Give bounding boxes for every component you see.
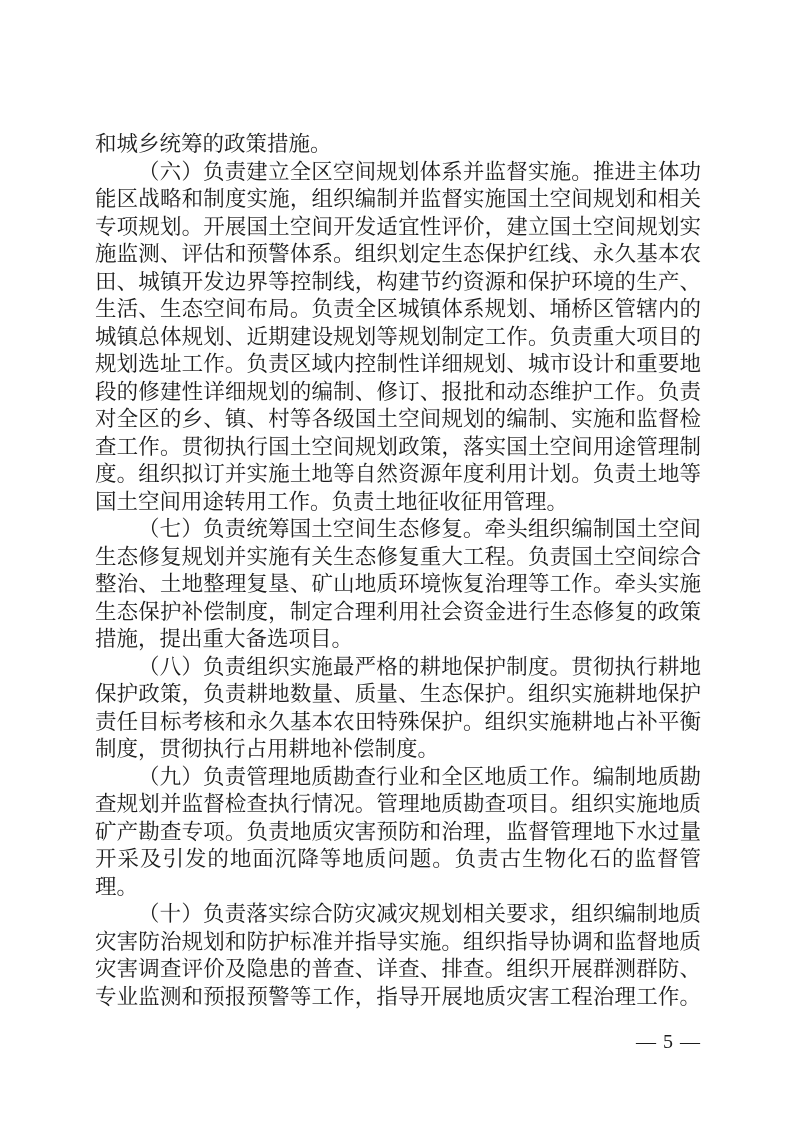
text-line: （十）负责落实综合防灾减灾规划相关要求，组织编制地质: [95, 901, 701, 929]
text-line: （七）负责统筹国土空间生态修复。牵头组织编制国土空间: [95, 516, 701, 544]
text-line: （八）负责组织实施最严格的耕地保护制度。贯彻执行耕地: [95, 654, 701, 682]
text-line: 和城乡统筹的政策措施。: [95, 131, 701, 159]
text-line: 国土空间用途转用工作。负责土地征收征用管理。: [95, 489, 701, 517]
text-line: 规划选址工作。负责区域内控制性详细规划、城市设计和重要地: [95, 351, 701, 379]
text-line: 制度，贯彻执行占用耕地补偿制度。: [95, 736, 701, 764]
text-line: 理。: [95, 874, 701, 902]
text-line: 度。组织拟订并实施土地等自然资源年度利用计划。负责土地等: [95, 461, 701, 489]
text-line: 生活、生态空间布局。负责全区城镇体系规划、埇桥区管辖内的: [95, 296, 701, 324]
text-line: 能区战略和制度实施，组织编制并监督实施国土空间规划和相关: [95, 186, 701, 214]
text-line: 专项规划。开展国土空间开发适宜性评价，建立国土空间规划实: [95, 214, 701, 242]
text-line: 查工作。贯彻执行国土空间规划政策，落实国土空间用途管理制: [95, 434, 701, 462]
text-line: 生态保护补偿制度，制定合理利用社会资金进行生态修复的政策: [95, 599, 701, 627]
text-line: 城镇总体规划、近期建设规划等规划制定工作。负责重大项目的: [95, 324, 701, 352]
text-line: 查规划并监督检查执行情况。管理地质勘查项目。组织实施地质: [95, 791, 701, 819]
text-line: 对全区的乡、镇、村等各级国土空间规划的编制、实施和监督检: [95, 406, 701, 434]
text-line: （六）负责建立全区空间规划体系并监督实施。推进主体功: [95, 159, 701, 187]
text-line: 措施，提出重大备选项目。: [95, 626, 701, 654]
text-line: 责任目标考核和永久基本农田特殊保护。组织实施耕地占补平衡: [95, 709, 701, 737]
text-line: 保护政策，负责耕地数量、质量、生态保护。组织实施耕地保护: [95, 681, 701, 709]
text-line: （九）负责管理地质勘查行业和全区地质工作。编制地质勘: [95, 764, 701, 792]
text-line: 施监测、评估和预警体系。组织划定生态保护红线、永久基本农: [95, 241, 701, 269]
text-line: 开采及引发的地面沉降等地质问题。负责古生物化石的监督管: [95, 846, 701, 874]
text-line: 田、城镇开发边界等控制线，构建节约资源和保护环境的生产、: [95, 269, 701, 297]
text-line: 生态修复规划并实施有关生态修复重大工程。负责国土空间综合: [95, 544, 701, 572]
page-number: — 5 —: [636, 1029, 701, 1055]
text-line: 矿产勘查专项。负责地质灾害预防和治理，监督管理地下水过量: [95, 819, 701, 847]
document-body: 和城乡统筹的政策措施。（六）负责建立全区空间规划体系并监督实施。推进主体功能区战…: [95, 131, 701, 1011]
document-page: 和城乡统筹的政策措施。（六）负责建立全区空间规划体系并监督实施。推进主体功能区战…: [0, 0, 793, 1122]
text-line: 灾害调查评价及隐患的普查、详查、排查。组织开展群测群防、: [95, 956, 701, 984]
text-line: 专业监测和预报预警等工作，指导开展地质灾害工程治理工作。: [95, 984, 701, 1012]
text-line: 整治、土地整理复垦、矿山地质环境恢复治理等工作。牵头实施: [95, 571, 701, 599]
text-line: 灾害防治规划和防护标准并指导实施。组织指导协调和监督地质: [95, 929, 701, 957]
text-line: 段的修建性详细规划的编制、修订、报批和动态维护工作。负责: [95, 379, 701, 407]
